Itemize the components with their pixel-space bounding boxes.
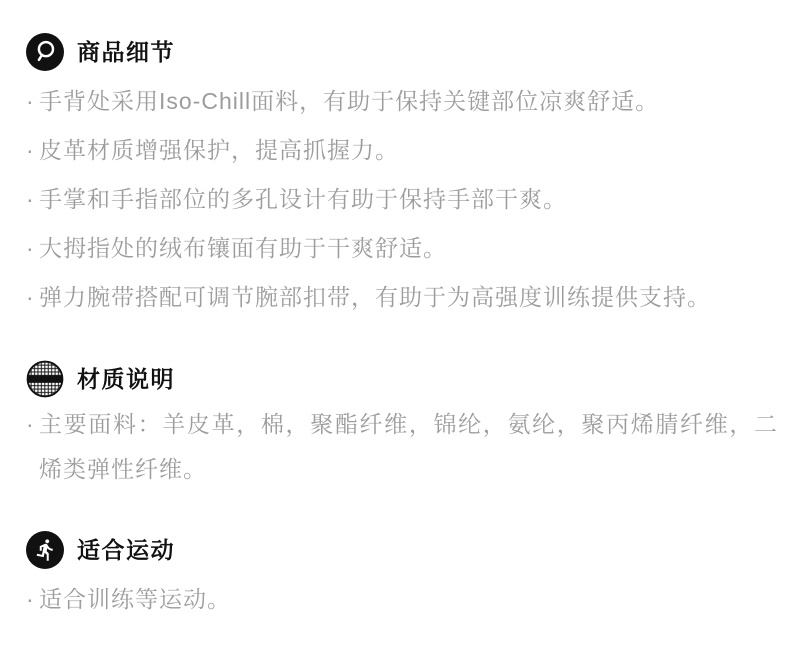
magnifier-icon bbox=[26, 33, 64, 71]
bullet-marker: · bbox=[26, 126, 39, 175]
bullet-item: · 手掌和手指部位的多孔设计有助于保持手部干爽。 bbox=[26, 175, 778, 224]
product-description-panel: 商品细节 · 手背处采用Iso-Chill面料，有助于保持关键部位凉爽舒适。 ·… bbox=[0, 0, 790, 656]
bullet-item: · 主要面料：羊皮革，棉，聚酯纤维，锦纶，氨纶，聚丙烯腈纤维，二烯类弹性纤维。 bbox=[26, 402, 778, 492]
bullet-text: 手背处采用Iso-Chill面料，有助于保持关键部位凉爽舒适。 bbox=[39, 77, 778, 126]
bullet-marker: · bbox=[26, 224, 39, 273]
bullet-list: · 手背处采用Iso-Chill面料，有助于保持关键部位凉爽舒适。 · 皮革材质… bbox=[26, 77, 778, 322]
bullet-item: · 适合训练等运动。 bbox=[26, 575, 778, 624]
section-title: 商品细节 bbox=[77, 33, 175, 71]
bullet-marker: · bbox=[26, 575, 39, 624]
bullet-text: 主要面料：羊皮革，棉，聚酯纤维，锦纶，氨纶，聚丙烯腈纤维，二烯类弹性纤维。 bbox=[39, 402, 778, 492]
section-sports: 适合运动 · 适合训练等运动。 bbox=[26, 531, 778, 624]
section-product-details: 商品细节 · 手背处采用Iso-Chill面料，有助于保持关键部位凉爽舒适。 ·… bbox=[26, 33, 778, 322]
section-header: 材质说明 bbox=[26, 360, 778, 398]
bullet-list: · 适合训练等运动。 bbox=[26, 575, 778, 624]
bullet-text: 大拇指处的绒布镶面有助于干爽舒适。 bbox=[39, 224, 778, 273]
section-title: 适合运动 bbox=[77, 531, 175, 569]
section-header: 适合运动 bbox=[26, 531, 778, 569]
bullet-item: · 弹力腕带搭配可调节腕部扣带，有助于为高强度训练提供支持。 bbox=[26, 273, 778, 322]
bullet-item: · 皮革材质增强保护，提高抓握力。 bbox=[26, 126, 778, 175]
bullet-marker: · bbox=[26, 175, 39, 224]
section-material: 材质说明 · 主要面料：羊皮革，棉，聚酯纤维，锦纶，氨纶，聚丙烯腈纤维，二烯类弹… bbox=[26, 360, 778, 492]
fabric-swatch-icon bbox=[26, 360, 64, 398]
bullet-item: · 手背处采用Iso-Chill面料，有助于保持关键部位凉爽舒适。 bbox=[26, 77, 778, 126]
bullet-text: 适合训练等运动。 bbox=[39, 575, 778, 624]
bullet-text: 皮革材质增强保护，提高抓握力。 bbox=[39, 126, 778, 175]
bullet-marker: · bbox=[26, 77, 39, 126]
bullet-item: · 大拇指处的绒布镶面有助于干爽舒适。 bbox=[26, 224, 778, 273]
runner-icon bbox=[26, 531, 64, 569]
bullet-list: · 主要面料：羊皮革，棉，聚酯纤维，锦纶，氨纶，聚丙烯腈纤维，二烯类弹性纤维。 bbox=[26, 402, 778, 492]
section-title: 材质说明 bbox=[77, 360, 175, 398]
bullet-text: 手掌和手指部位的多孔设计有助于保持手部干爽。 bbox=[39, 175, 778, 224]
section-header: 商品细节 bbox=[26, 33, 778, 71]
bullet-marker: · bbox=[26, 402, 39, 447]
bullet-marker: · bbox=[26, 273, 39, 322]
bullet-text: 弹力腕带搭配可调节腕部扣带，有助于为高强度训练提供支持。 bbox=[39, 273, 778, 322]
